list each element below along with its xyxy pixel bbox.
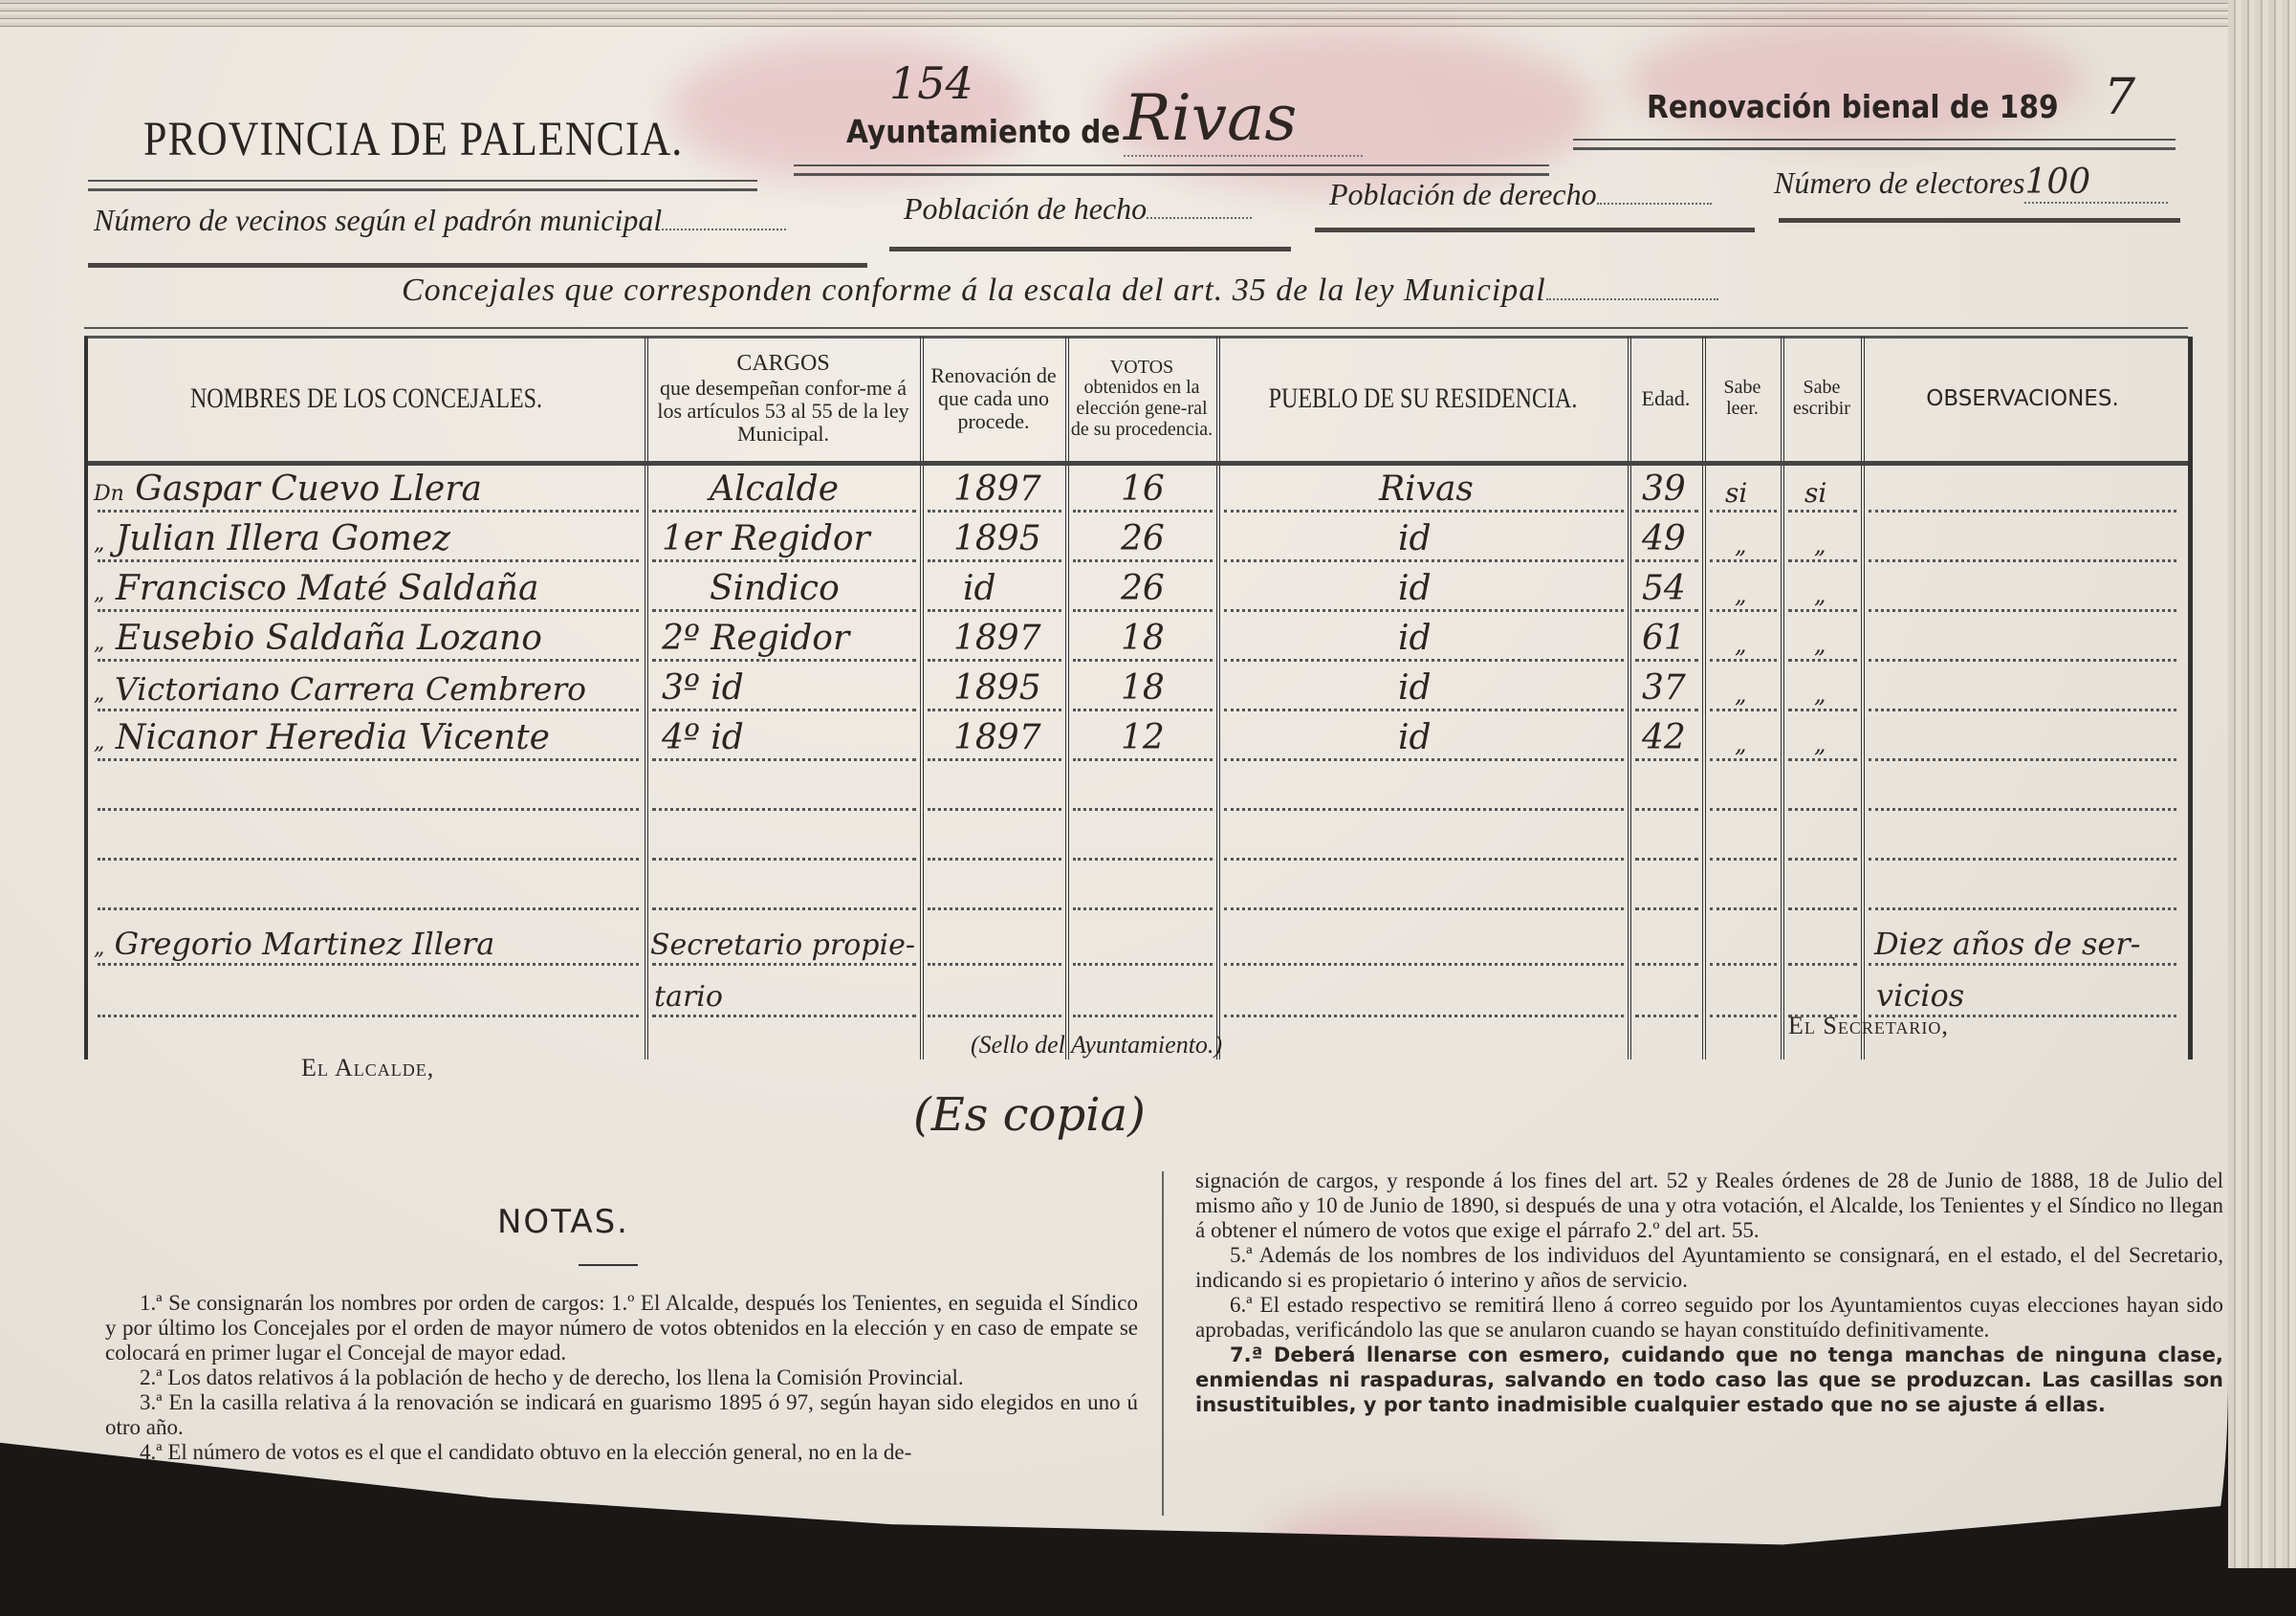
folio-number: 154 <box>889 57 973 109</box>
electores-label: Número de electores <box>1774 165 2024 200</box>
table-row: „ Julian Illera Gomez 1er Regidor 1895 2… <box>88 520 2188 562</box>
divider <box>889 247 1291 251</box>
cell-edad: 42 <box>1642 718 1686 757</box>
cell-edad: 49 <box>1642 519 1686 558</box>
electores-field: Número de electores100 <box>1774 163 2168 204</box>
cell-cargo: 2º Regidor <box>662 619 849 658</box>
cell-cargo: Sindico <box>710 569 840 608</box>
cell-secretario-nombre: „ Gregorio Martinez Illera <box>94 926 494 962</box>
cell-sabe-leer: „ <box>1735 681 1746 708</box>
ayuntamiento-value: Rivas <box>1124 81 1363 157</box>
cell-renovacion: id <box>963 569 996 608</box>
poblacion-derecho-field: Población de derecho <box>1329 177 1712 212</box>
cell-sabe-leer: „ <box>1735 532 1746 558</box>
cell-pueblo: Rivas <box>1379 470 1474 509</box>
header-pueblo: PUEBLO DE SU RESIDENCIA. <box>1260 337 1585 461</box>
note-5: 5.ª Además de los nombres de los individ… <box>1195 1243 2223 1293</box>
note-2: 2.ª Los datos relativos á la población d… <box>105 1365 1138 1390</box>
divider <box>88 263 867 268</box>
table-row: „ Eusebio Saldaña Lozano 2º Regidor 1897… <box>88 620 2188 662</box>
concejales-table: NOMBRES DE LOS CONCEJALES. CARGOS que de… <box>84 337 2193 1059</box>
header-edad: Edad. <box>1631 337 1700 461</box>
cell-votos: 18 <box>1121 619 1165 658</box>
cell-edad: 39 <box>1642 470 1686 509</box>
cell-secretario-cargo-line1: Secretario propie- <box>650 928 915 962</box>
cell-pueblo: id <box>1398 519 1432 558</box>
page-edge-stack <box>2228 0 2296 1568</box>
cell-sabe-escribir: „ <box>1814 681 1826 708</box>
cell-sabe-escribir: „ <box>1814 581 1826 608</box>
cell-sabe-escribir: si <box>1804 477 1826 509</box>
cell-sabe-escribir: „ <box>1814 631 1826 658</box>
cell-edad: 54 <box>1642 569 1686 608</box>
vecinos-field: Número de vecinos según el padrón munici… <box>94 203 786 238</box>
header-votos-title: VOTOS <box>1110 358 1173 379</box>
concejales-field: Concejales que corresponden conforme á l… <box>402 273 1718 309</box>
electores-value: 100 <box>2024 163 2168 204</box>
cell-nombre: „ Victoriano Carrera Cembrero <box>94 670 586 708</box>
vecinos-value <box>662 229 786 230</box>
table-row: Dn Gaspar Cuevo Llera Alcalde 1897 16 Ri… <box>88 470 2188 513</box>
cell-secretario-cargo-line2: tario <box>654 980 723 1014</box>
poblacion-hecho-field: Población de hecho <box>904 191 1252 227</box>
header-sabe-escribir: Sabe escribir <box>1784 337 1859 461</box>
poblacion-derecho-label: Población de derecho <box>1329 177 1597 211</box>
header-cargos-sub: que desempeñan confor-me á los artículos… <box>648 377 918 445</box>
cell-sabe-leer: „ <box>1735 631 1746 658</box>
poblacion-hecho-value <box>1147 217 1252 219</box>
cell-sabe-escribir: „ <box>1814 532 1826 558</box>
cell-edad: 37 <box>1642 668 1686 708</box>
header-sabe-leer: Sabe leer. <box>1706 337 1779 461</box>
vecinos-label: Número de vecinos según el padrón munici… <box>94 203 662 237</box>
note-6: 6.ª El estado respectivo se remitirá lle… <box>1195 1293 2223 1343</box>
ayuntamiento-label: Ayuntamiento de <box>846 113 1121 150</box>
alcalde-signature-label: El Alcalde, <box>301 1054 434 1082</box>
cell-cargo: 3º id <box>662 668 744 708</box>
cell-cargo: 1er Regidor <box>662 519 870 558</box>
table-row-empty <box>88 868 2188 910</box>
divider <box>1573 139 2176 150</box>
cell-secretario-obs-line2: vicios <box>1876 977 1964 1014</box>
cell-renovacion: 1897 <box>953 470 1041 509</box>
table-row: „ Victoriano Carrera Cembrero 3º id 1895… <box>88 669 2188 711</box>
notes-column-right: signación de cargos, y responde á los fi… <box>1195 1168 2223 1417</box>
header-observaciones: OBSERVACIONES. <box>1865 337 2180 461</box>
header-rule <box>88 461 2188 466</box>
cell-nombre: „ Eusebio Saldaña Lozano <box>94 619 542 658</box>
table-row-secretario: „ Gregorio Martinez Illera Secretario pr… <box>88 918 2188 966</box>
province-title: PROVINCIA DE PALENCIA. <box>143 111 683 167</box>
notes-column-left: 1.ª Se consignarán los nombres por orden… <box>105 1291 1138 1465</box>
secretario-signature-label: El Secretario, <box>1788 1012 1949 1040</box>
cell-nombre: „ Francisco Maté Saldaña <box>94 569 538 608</box>
header-cargos: CARGOS que desempeñan confor-me á los ar… <box>648 337 918 461</box>
cell-votos: 18 <box>1121 668 1165 708</box>
cell-sabe-leer: si <box>1725 477 1747 509</box>
cell-edad: 61 <box>1642 619 1686 658</box>
renovacion-year-value: 7 <box>2104 69 2135 126</box>
divider <box>794 164 1549 176</box>
note-4-continued: signación de cargos, y responde á los fi… <box>1195 1168 2223 1243</box>
stain <box>1262 1501 1549 1597</box>
cell-nombre: „ Julian Illera Gomez <box>94 519 450 558</box>
cell-sabe-escribir: „ <box>1814 731 1826 757</box>
cell-pueblo: id <box>1398 718 1432 757</box>
notes-column-divider <box>1162 1171 1164 1516</box>
notes-title: NOTAS. <box>497 1203 629 1241</box>
cell-renovacion: 1895 <box>953 519 1041 558</box>
cell-renovacion: 1897 <box>953 718 1041 757</box>
es-copia-annotation: (Es copia) <box>913 1088 1146 1142</box>
cell-secretario-obs-line1: Diez años de ser- <box>1874 926 2140 962</box>
header-cargos-title: CARGOS <box>736 352 829 377</box>
cell-pueblo: id <box>1398 668 1432 708</box>
table-row-empty <box>88 819 2188 861</box>
note-7: 7.ª Deberá llenarse con esmero, cuidando… <box>1195 1343 2223 1417</box>
divider <box>1315 228 1755 232</box>
cell-renovacion: 1895 <box>953 668 1041 708</box>
cell-pueblo: id <box>1398 619 1432 658</box>
table-row-secretario-cont: tario vicios <box>88 972 2188 1017</box>
cell-pueblo: id <box>1398 569 1432 608</box>
divider <box>1779 218 2180 223</box>
note-3: 3.ª En la casilla relativa á la renovaci… <box>105 1390 1138 1440</box>
table-row-empty <box>88 769 2188 811</box>
cell-votos: 26 <box>1121 519 1165 558</box>
header-votos: VOTOS obtenidos en la elección gene-ral … <box>1069 337 1214 461</box>
cell-nombre: „ Nicanor Heredia Vicente <box>94 718 550 757</box>
notes-title-rule <box>579 1264 638 1266</box>
divider <box>88 180 757 191</box>
header-renovacion: Renovación de que cada uno procede. <box>924 337 1063 461</box>
document-page: 154 PROVINCIA DE PALENCIA. Ayuntamiento … <box>0 0 2228 1568</box>
stain <box>669 38 1033 182</box>
note-4: 4.ª El número de votos es el que el cand… <box>105 1440 1138 1465</box>
renovacion-label: Renovación bienal de 189 <box>1647 88 2059 125</box>
table-row: „ Nicanor Heredia Vicente 4º id 1897 12 … <box>88 719 2188 761</box>
cell-nombre: Dn Gaspar Cuevo Llera <box>94 470 482 509</box>
header-nombres: NOMBRES DE LOS CONCEJALES. <box>143 337 589 461</box>
cell-votos: 26 <box>1121 569 1165 608</box>
cell-cargo: 4º id <box>662 718 744 757</box>
table-row: „ Francisco Maté Saldaña Sindico id 26 i… <box>88 570 2188 612</box>
header-votos-sub: obtenidos en la elección gene-ral de su … <box>1069 378 1214 440</box>
cell-sabe-leer: „ <box>1735 581 1746 608</box>
cell-votos: 12 <box>1121 718 1165 757</box>
cell-cargo: Alcalde <box>710 470 839 509</box>
concejales-value <box>1546 298 1718 300</box>
poblacion-derecho-value <box>1597 203 1712 205</box>
cell-renovacion: 1897 <box>953 619 1041 658</box>
poblacion-hecho-label: Población de hecho <box>904 191 1147 226</box>
concejales-label: Concejales que corresponden conforme á l… <box>402 273 1546 308</box>
cell-votos: 16 <box>1121 470 1165 509</box>
note-1: 1.ª Se consignarán los nombres por orden… <box>105 1291 1138 1365</box>
cell-sabe-leer: „ <box>1735 731 1746 757</box>
sello-label: (Sello del Ayuntamiento.) <box>971 1031 1222 1059</box>
